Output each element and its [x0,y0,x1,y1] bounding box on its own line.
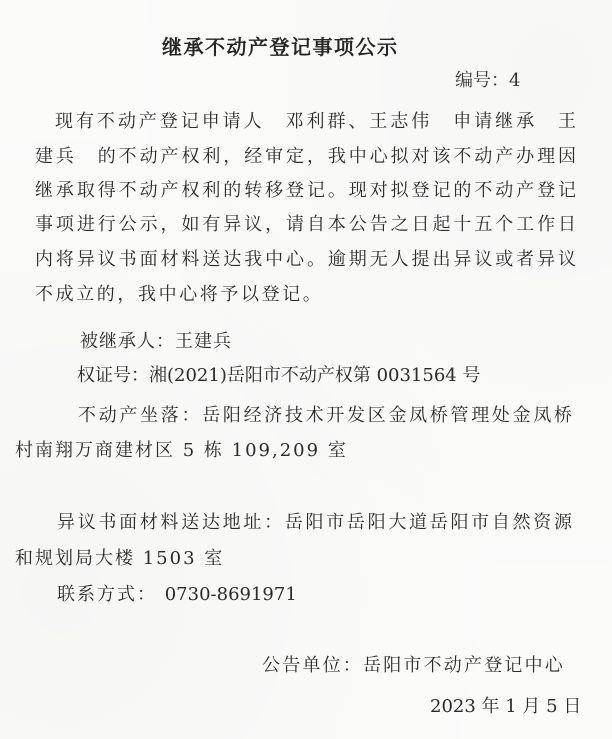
document-number: 编号：4 [455,70,520,92]
body-line: 内将异议书面材料送达我中心。逾期无人提出异议或者异议 [35,249,576,271]
location-line-1: 不动产坐落：岳阳经济技术开发区金凤桥管理处金凤桥 [78,405,572,427]
body-line: 建兵 的不动产权利，经审定，我中心拟对该不动产办理因 [35,146,576,168]
notice-date: 2023 年 1 月 5 日 [430,696,581,718]
decedent-label: 被继承人： [80,331,175,352]
document-title: 继承不动产登记事项公示 [162,31,399,60]
certificate-field: 权证号：湘(2021)岳阳市不动产权第 0031564 号 [77,365,480,387]
decedent-field: 被继承人：王建兵 [80,331,232,353]
contact-field: 联系方式： 0730-8691971 [57,584,297,606]
objection-address-line-2: 和规划局大楼 1503 室 [15,548,572,570]
objection-address-label: 异议书面材料送达地址： [57,512,285,533]
body-line: 事项进行公示，如有异议，请自本公告之日起十五个工作日 [35,214,576,236]
location-value-1: 岳阳经济技术开发区金凤桥管理处金凤桥 [202,405,572,426]
location-line-2: 村南翔万商建材区 5 栋 109,209 室 [15,440,572,462]
body-line: 不成立的，我中心将予以登记。 [35,284,576,306]
objection-address-value-1: 岳阳市岳阳大道岳阳市自然资源 [285,512,572,533]
document-number-label: 编号： [455,70,509,91]
contact-label: 联系方式： [57,584,157,605]
certificate-label: 权证号： [77,365,149,386]
issuer-value: 岳阳市不动产登记中心 [363,655,565,676]
contact-value: 0730-8691971 [165,584,297,605]
issuer-label: 公告单位： [262,655,363,676]
document-number-value: 4 [509,70,520,91]
document-page: 继承不动产登记事项公示 编号：4 现有不动产登记申请人 邓利群、王志伟 申请继承… [0,0,612,739]
location-label: 不动产坐落： [78,405,202,426]
body-line: 继承取得不动产权利的转移登记。现对拟登记的不动产登记 [35,180,576,202]
decedent-value: 王建兵 [175,331,232,352]
objection-address-line-1: 异议书面材料送达地址：岳阳市岳阳大道岳阳市自然资源 [57,512,572,534]
issuer-field: 公告单位：岳阳市不动产登记中心 [262,655,565,677]
body-line: 现有不动产登记申请人 邓利群、王志伟 申请继承 王 [55,111,576,133]
certificate-value: 湘(2021)岳阳市不动产权第 0031564 号 [149,365,480,386]
